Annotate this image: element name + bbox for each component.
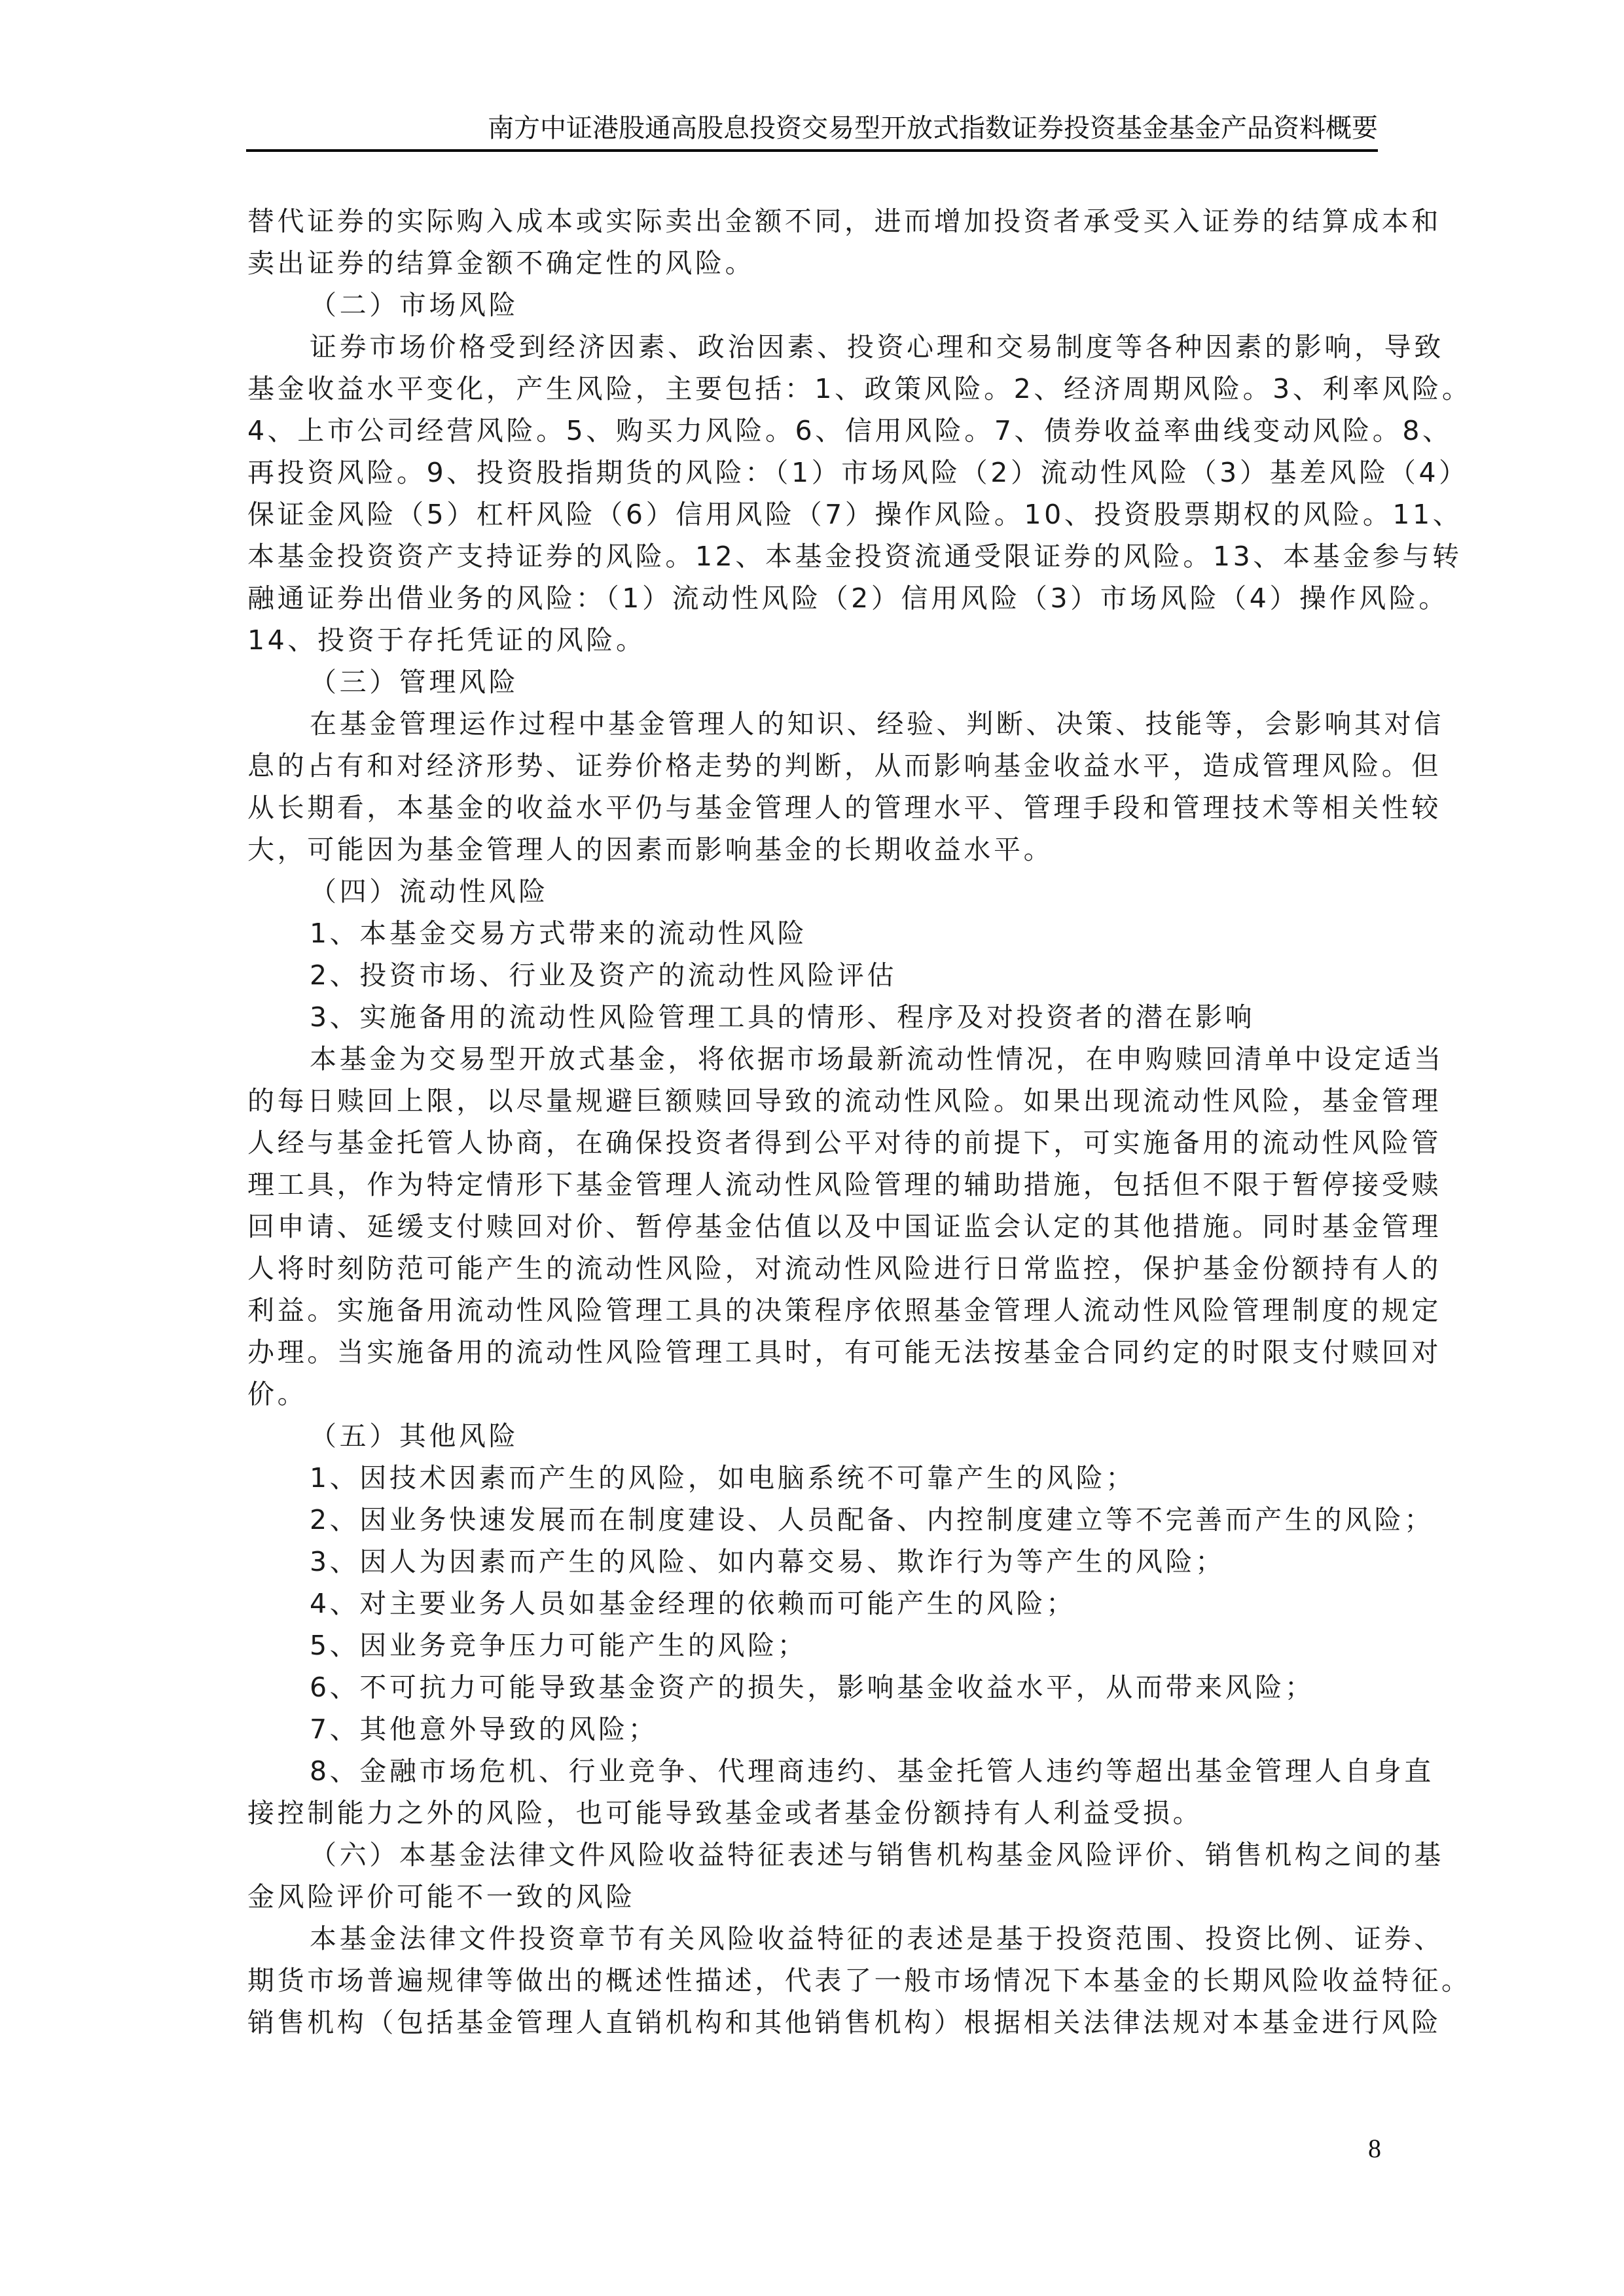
text-line: 本基金为交易型开放式基金，将依据市场最新流动性情况，在申购赎回清单中设定适当 [247, 1038, 1380, 1080]
text-line: 理工具，作为特定情形下基金管理人流动性风险管理的辅助措施，包括但不限于暂停接受赎 [247, 1164, 1380, 1206]
list-item: 2、投资市场、行业及资产的流动性风险评估 [247, 954, 1380, 996]
text-line: 从长期看，本基金的收益水平仍与基金管理人的管理水平、管理手段和管理技术等相关性较 [247, 787, 1380, 829]
text-line: 融通证券出借业务的风险：（1）流动性风险（2）信用风险（3）市场风险（4）操作风… [247, 577, 1380, 619]
text-line: 基金收益水平变化，产生风险，主要包括：1、政策风险。2、经济周期风险。3、利率风… [247, 368, 1380, 410]
text-line: 回申请、延缓支付赎回对价、暂停基金估值以及中国证监会认定的其他措施。同时基金管理 [247, 1206, 1380, 1247]
running-header-title: 南方中证港股通高股息投资交易型开放式指数证券投资基金基金产品资料概要 [247, 110, 1378, 147]
list-item: 6、不可抗力可能导致基金资产的损失，影响基金收益水平，从而带来风险； [247, 1666, 1380, 1708]
text-line: 替代证券的实际购入成本或实际卖出金额不同，进而增加投资者承受买入证券的结算成本和 [247, 200, 1380, 242]
header-divider [246, 149, 1378, 152]
text-line: 14、投资于存托凭证的风险。 [247, 619, 1380, 661]
text-line: 人将时刻防范可能产生的流动性风险，对流动性风险进行日常监控，保护基金份额持有人的 [247, 1247, 1380, 1289]
list-item: 2、因业务快速发展而在制度建设、人员配备、内控制度建立等不完善而产生的风险； [247, 1499, 1380, 1541]
list-item: 3、实施备用的流动性风险管理工具的情形、程序及对投资者的潜在影响 [247, 996, 1380, 1038]
text-line: 4、上市公司经营风险。5、购买力风险。6、信用风险。7、债券收益率曲线变动风险。… [247, 410, 1380, 452]
section-heading-liquidity-risk: （四）流动性风险 [247, 870, 1380, 912]
text-line: 金风险评价可能不一致的风险 [247, 1876, 1380, 1918]
text-line: 本基金投资资产支持证券的风险。12、本基金投资流通受限证券的风险。13、本基金参… [247, 535, 1380, 577]
text-line: 卖出证券的结算金额不确定性的风险。 [247, 242, 1380, 284]
list-item: 1、本基金交易方式带来的流动性风险 [247, 912, 1380, 954]
document-page: 南方中证港股通高股息投资交易型开放式指数证券投资基金基金产品资料概要 替代证券的… [0, 0, 1624, 2296]
text-line: 人经与基金托管人协商，在确保投资者得到公平对待的前提下，可实施备用的流动性风险管 [247, 1122, 1380, 1164]
text-line: 大，可能因为基金管理人的因素而影响基金的长期收益水平。 [247, 829, 1380, 870]
section-heading-market-risk: （二）市场风险 [247, 284, 1380, 326]
page-number: 8 [1362, 2132, 1388, 2165]
text-line: 的每日赎回上限，以尽量规避巨额赎回导致的流动性风险。如果出现流动性风险，基金管理 [247, 1080, 1380, 1122]
list-item: 1、因技术因素而产生的风险，如电脑系统不可靠产生的风险； [247, 1457, 1380, 1499]
text-line: 销售机构（包括基金管理人直销机构和其他销售机构）根据相关法律法规对本基金进行风险 [247, 2001, 1380, 2043]
list-item: 7、其他意外导致的风险； [247, 1708, 1380, 1750]
text-line: 息的占有和对经济形势、证券价格走势的判断，从而影响基金收益水平，造成管理风险。但 [247, 745, 1380, 787]
body-text: 替代证券的实际购入成本或实际卖出金额不同，进而增加投资者承受买入证券的结算成本和… [247, 200, 1380, 2043]
text-line: 接控制能力之外的风险，也可能导致基金或者基金份额持有人利益受损。 [247, 1792, 1380, 1834]
list-item: 5、因业务竞争压力可能产生的风险； [247, 1624, 1380, 1666]
list-item: 3、因人为因素而产生的风险、如内幕交易、欺诈行为等产生的风险； [247, 1541, 1380, 1583]
section-heading-management-risk: （三）管理风险 [247, 661, 1380, 703]
text-line: 再投资风险。9、投资股指期货的风险：（1）市场风险（2）流动性风险（3）基差风险… [247, 452, 1380, 493]
list-item: 8、金融市场危机、行业竞争、代理商违约、基金托管人违约等超出基金管理人自身直 [247, 1750, 1380, 1792]
text-line: 证券市场价格受到经济因素、政治因素、投资心理和交易制度等各种因素的影响，导致 [247, 326, 1380, 368]
list-item: 4、对主要业务人员如基金经理的依赖而可能产生的风险； [247, 1583, 1380, 1624]
section-heading-other-risk: （五）其他风险 [247, 1415, 1380, 1457]
section-heading-legal-doc-risk: （六）本基金法律文件风险收益特征表述与销售机构基金风险评价、销售机构之间的基 [247, 1834, 1380, 1876]
text-line: 本基金法律文件投资章节有关风险收益特征的表述是基于投资范围、投资比例、证券、 [247, 1918, 1380, 1960]
text-line: 在基金管理运作过程中基金管理人的知识、经验、判断、决策、技能等，会影响其对信 [247, 703, 1380, 745]
text-line: 利益。实施备用流动性风险管理工具的决策程序依照基金管理人流动性风险管理制度的规定 [247, 1289, 1380, 1331]
text-line: 价。 [247, 1373, 1380, 1415]
text-line: 期货市场普遍规律等做出的概述性描述，代表了一般市场情况下本基金的长期风险收益特征… [247, 1960, 1380, 2001]
text-line: 办理。当实施备用的流动性风险管理工具时，有可能无法按基金合同约定的时限支付赎回对 [247, 1331, 1380, 1373]
text-line: 保证金风险（5）杠杆风险（6）信用风险（7）操作风险。10、投资股票期权的风险。… [247, 493, 1380, 535]
